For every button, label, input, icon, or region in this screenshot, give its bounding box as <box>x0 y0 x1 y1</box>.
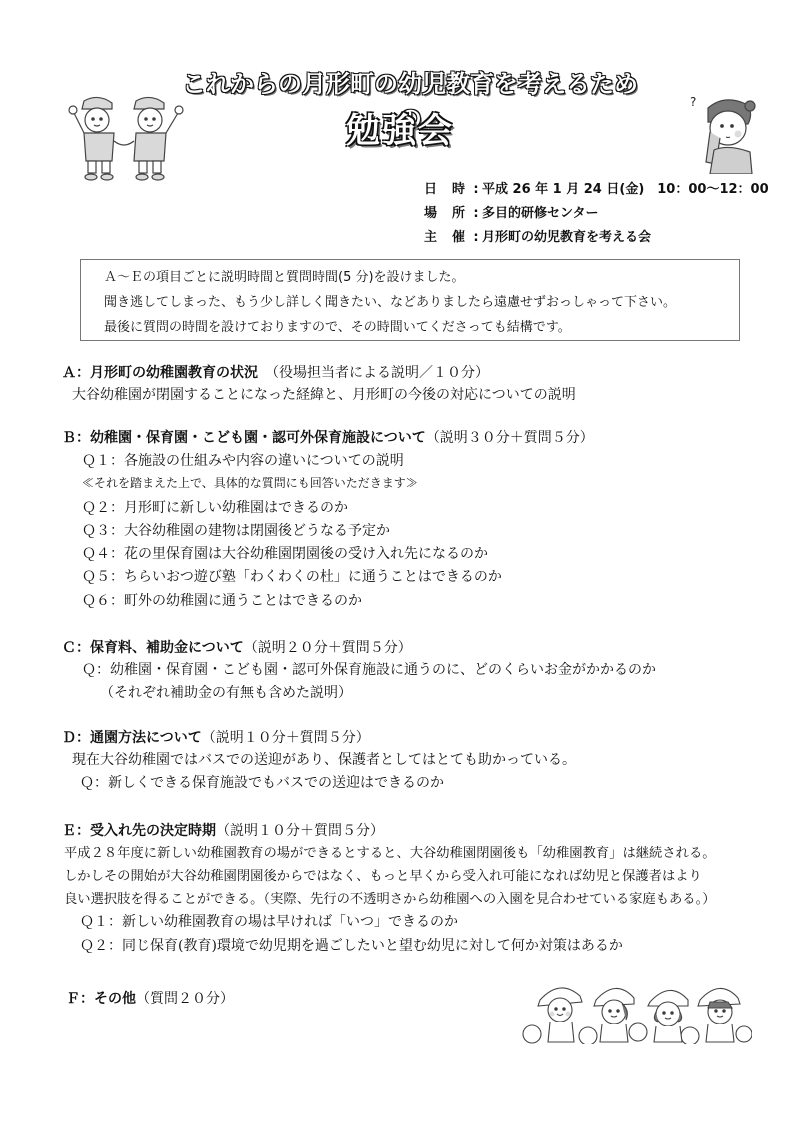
meta-row-datetime: 日 時 : 平成 26 年 1 月 24 日(金) 10：00〜12：00 <box>424 178 769 202</box>
meta-value-datetime: 平成 26 年 1 月 24 日(金) 10：00〜12：00 <box>482 178 769 202</box>
section-title: 幼稚園・保育園・こども園・認可外保育施設について <box>90 430 426 446</box>
children-with-flowers-icon <box>522 978 752 1044</box>
four-children-illustration <box>522 978 752 1044</box>
section-e-question: Ｑ２：同じ保育(教育)環境で幼児期を過ごしたいと望む幼児に対して何か対策はあるか <box>80 935 623 955</box>
meta-key: 所 <box>452 202 470 226</box>
section-c-heading: Ｃ：保育料、補助金について（説明２０分＋質問５分） <box>62 637 412 657</box>
event-meta: 日 時 : 平成 26 年 1 月 24 日(金) 10：00〜12：00 場 … <box>424 178 769 250</box>
meta-row-place: 場 所 : 多目的研修センター <box>424 202 769 226</box>
section-note: （役場担当者による説明／１０分） <box>258 365 489 381</box>
section-note: （説明１０分＋質問５分） <box>216 823 384 839</box>
section-label: Ｃ： <box>62 640 90 656</box>
section-note: （説明３０分＋質問５分） <box>426 430 594 446</box>
meta-row-organizer: 主 催 : 月形町の幼児教育を考える会 <box>424 226 769 250</box>
section-e-heading: Ｅ：受入れ先の決定時期（説明１０分＋質問５分） <box>62 820 384 840</box>
meta-separator: : <box>470 202 482 226</box>
notice-line: 聞き逃してしまった、もう少し詳しく聞きたい、などありましたら遠慮せずおっしゃって… <box>104 290 739 315</box>
section-e-line: 良い選択肢を得ることができる。（実際、先行の不透明さから幼稚園への入園を見合わせ… <box>64 888 716 907</box>
meta-key: 主 <box>424 226 452 250</box>
notice-line: 最後に質問の時間を設けておりますので、その時間いてくださっても結構です。 <box>104 315 739 340</box>
document-title: 勉強会 <box>300 103 500 152</box>
section-label: Ｄ： <box>62 730 90 746</box>
section-title: 保育料、補助金について <box>90 640 244 656</box>
section-d-question: Ｑ：新しくできる保育施設でもバスでの送迎はできるのか <box>80 772 444 792</box>
section-b-question: Ｑ１：各施設の仕組みや内容の違いについての説明 <box>82 450 404 470</box>
question-mark-icon: ? <box>690 95 696 109</box>
section-f-heading: Ｆ：その他（質問２０分） <box>66 988 234 1008</box>
section-label: Ａ： <box>62 365 90 381</box>
meta-key: 場 <box>424 202 452 226</box>
woman-thinking-illustration: ? <box>684 92 760 174</box>
meta-key: 催 <box>452 226 470 250</box>
section-note: （質問２０分） <box>136 991 234 1007</box>
section-b-question: Ｑ３：大谷幼稚園の建物は閉園後どうなる予定か <box>82 520 390 540</box>
section-title: 受入れ先の決定時期 <box>90 823 216 839</box>
children-waving-illustration <box>66 95 186 187</box>
section-a-heading: Ａ：月形町の幼稚園教育の状況 （役場担当者による説明／１０分） <box>62 362 489 382</box>
children-waving-icon <box>66 95 186 187</box>
notice-line: Ａ～Ｅの項目ごとに説明時間と質問時間(5 分)を設けました。 <box>104 265 739 290</box>
section-b-question: Ｑ６：町外の幼稚園に通うことはできるのか <box>82 590 362 610</box>
section-label: Ｅ： <box>62 823 90 839</box>
section-title: 通園方法について <box>90 730 202 746</box>
meta-value-organizer: 月形町の幼児教育を考える会 <box>482 226 651 250</box>
section-label: Ｂ： <box>62 430 90 446</box>
meta-separator: : <box>470 226 482 250</box>
section-e-line: しかしその開始が大谷幼稚園閉園後からではなく、もっと早くから受入れ可能になれば幼… <box>64 865 702 884</box>
section-b-heading: Ｂ：幼稚園・保育園・こども園・認可外保育施設について（説明３０分＋質問５分） <box>62 427 594 447</box>
section-b-question: Ｑ５：ちらいおつ遊び塾「わくわくの杜」に通うことはできるのか <box>82 566 502 586</box>
section-d-heading: Ｄ：通園方法について（説明１０分＋質問５分） <box>62 727 370 747</box>
meta-separator: : <box>470 178 482 202</box>
section-e-line: 平成２８年度に新しい幼稚園教育の場ができるとすると、大谷幼稚園閉園後も「幼稚園教… <box>64 842 716 861</box>
section-note: （説明２０分＋質問５分） <box>244 640 412 656</box>
section-d-line: 現在大谷幼稚園ではバスでの送迎があり、保護者としてはとても助かっている。 <box>72 749 576 769</box>
section-note: （説明１０分＋質問５分） <box>202 730 370 746</box>
meta-key: 日 <box>424 178 452 202</box>
section-label: Ｆ： <box>66 991 94 1007</box>
section-e-question: Ｑ１：新しい幼稚園教育の場は早ければ「いつ」できるのか <box>80 911 458 931</box>
section-a-line: 大谷幼稚園が閉園することになった経緯と、月形町の今後の対応についての説明 <box>72 384 576 404</box>
meta-key: 時 <box>452 178 470 202</box>
section-c-question: Ｑ：幼稚園・保育園・こども園・認可外保育施設に通うのに、どのくらいお金がかかるの… <box>82 659 656 679</box>
section-b-remark: ≪それを踏まえた上で、具体的な質問にも回答いただきます≫ <box>82 474 418 491</box>
section-title: その他 <box>94 991 136 1007</box>
section-b-question: Ｑ２：月形町に新しい幼稚園はできるのか <box>82 497 348 517</box>
section-c-remark: （それぞれ補助金の有無も含めた説明） <box>100 682 352 702</box>
meta-value-place: 多目的研修センター <box>482 202 598 226</box>
woman-thinking-icon: ? <box>684 92 760 174</box>
section-title: 月形町の幼稚園教育の状況 <box>90 365 258 381</box>
section-b-question: Ｑ４：花の里保育園は大谷幼稚園閉園後の受け入れ先になるのか <box>82 543 488 563</box>
notice-box: Ａ～Ｅの項目ごとに説明時間と質問時間(5 分)を設けました。 聞き逃してしまった… <box>80 259 740 341</box>
